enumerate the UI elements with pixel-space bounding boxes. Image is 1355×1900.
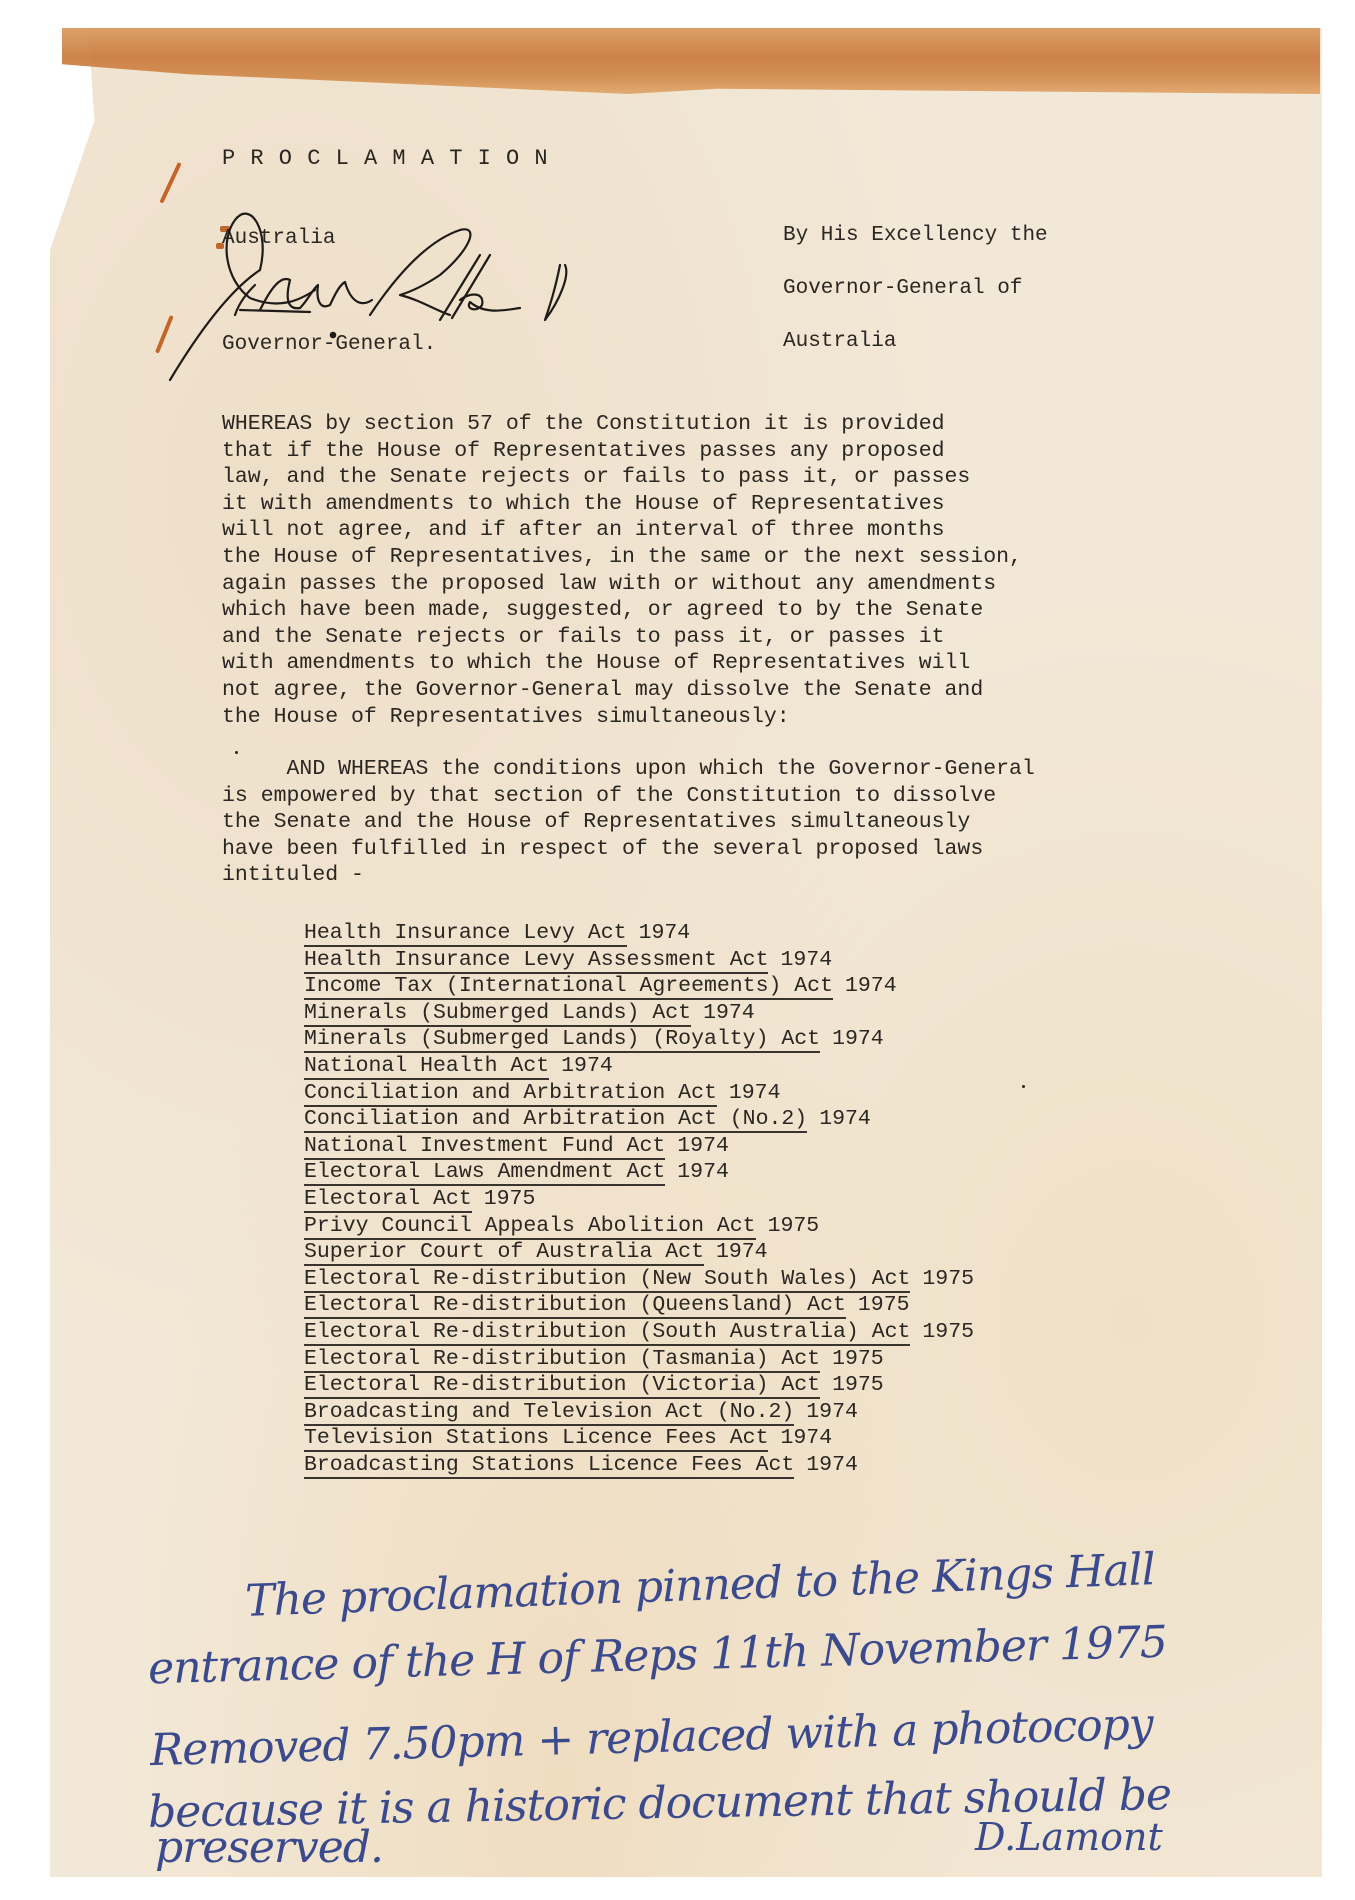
act-item: Electoral Re-distribution (Tasmania) Act… [304, 1346, 974, 1373]
act-item: Minerals (Submerged Lands) (Royalty) Act… [304, 1026, 974, 1053]
proclamation-title: PROCLAMATION [222, 146, 563, 171]
paragraph-line: and the Senate rejects or fails to pass … [222, 624, 1262, 651]
act-item: Conciliation and Arbitration Act (No.2)1… [304, 1106, 974, 1133]
header-right-line-1: By His Excellency the [783, 224, 1048, 247]
act-item: Electoral Re-distribution (Victoria) Act… [304, 1372, 974, 1399]
paragraph-line: AND WHEREAS the conditions upon which th… [222, 756, 1262, 783]
act-item: Electoral Re-distribution (South Austral… [304, 1319, 974, 1346]
act-item: Superior Court of Australia Act1974 [304, 1239, 974, 1266]
act-item: Broadcasting Stations Licence Fees Act19… [304, 1452, 974, 1479]
header-right-line-2: Governor-General of [783, 277, 1022, 300]
act-item: Broadcasting and Television Act (No.2)19… [304, 1399, 974, 1426]
act-item: Privy Council Appeals Abolition Act1975 [304, 1213, 974, 1240]
header-right-line-3: Australia [783, 330, 896, 353]
whereas-paragraph: WHEREAS by section 57 of the Constitutio… [222, 411, 1262, 730]
paragraph-line: the House of Representatives simultaneou… [222, 704, 1262, 731]
paragraph-line: law, and the Senate rejects or fails to … [222, 464, 1262, 491]
act-item: Conciliation and Arbitration Act1974 [304, 1080, 974, 1107]
paragraph-line: the House of Representatives, in the sam… [222, 544, 1262, 571]
act-item: Health Insurance Levy Act1974 [304, 920, 974, 947]
paragraph-line: have been fulfilled in respect of the se… [222, 836, 1262, 863]
paragraph-line: it with amendments to which the House of… [222, 491, 1262, 518]
paragraph-line: again passes the proposed law with or wi… [222, 571, 1262, 598]
act-item: Electoral Re-distribution (New South Wal… [304, 1266, 974, 1293]
handwritten-note-line-5: preserved. [155, 1822, 383, 1873]
act-item: Income Tax (International Agreements) Ac… [304, 973, 974, 1000]
handwritten-signature: D.Lamont [975, 1815, 1163, 1859]
paragraph-line: WHEREAS by section 57 of the Constitutio… [222, 411, 1262, 438]
act-item: Television Stations Licence Fees Act1974 [304, 1425, 974, 1452]
act-item: Electoral Re-distribution (Queensland) A… [304, 1292, 974, 1319]
ink-speck [1022, 1085, 1025, 1088]
act-item: Electoral Act1975 [304, 1186, 974, 1213]
paragraph-line: will not agree, and if after an interval… [222, 517, 1262, 544]
ink-speck [235, 751, 238, 754]
paragraph-line: is empowered by that section of the Cons… [222, 783, 1262, 810]
acts-list: Health Insurance Levy Act1974 Health Ins… [304, 920, 974, 1478]
act-item: National Health Act1974 [304, 1053, 974, 1080]
paragraph-line: the Senate and the House of Representati… [222, 809, 1262, 836]
act-item: Health Insurance Levy Assessment Act1974 [304, 947, 974, 974]
paragraph-line: which have been made, suggested, or agre… [222, 597, 1262, 624]
paragraph-line: intituled - [222, 862, 1262, 889]
act-item: Minerals (Submerged Lands) Act1974 [304, 1000, 974, 1027]
act-item: National Investment Fund Act1974 [304, 1133, 974, 1160]
act-item: Electoral Laws Amendment Act1974 [304, 1159, 974, 1186]
paragraph-line: that if the House of Representatives pas… [222, 438, 1262, 465]
paragraph-line: not agree, the Governor-General may diss… [222, 677, 1262, 704]
and-whereas-paragraph: AND WHEREAS the conditions upon which th… [222, 756, 1262, 889]
paragraph-line: with amendments to which the House of Re… [222, 650, 1262, 677]
governor-general-signature [140, 180, 600, 390]
